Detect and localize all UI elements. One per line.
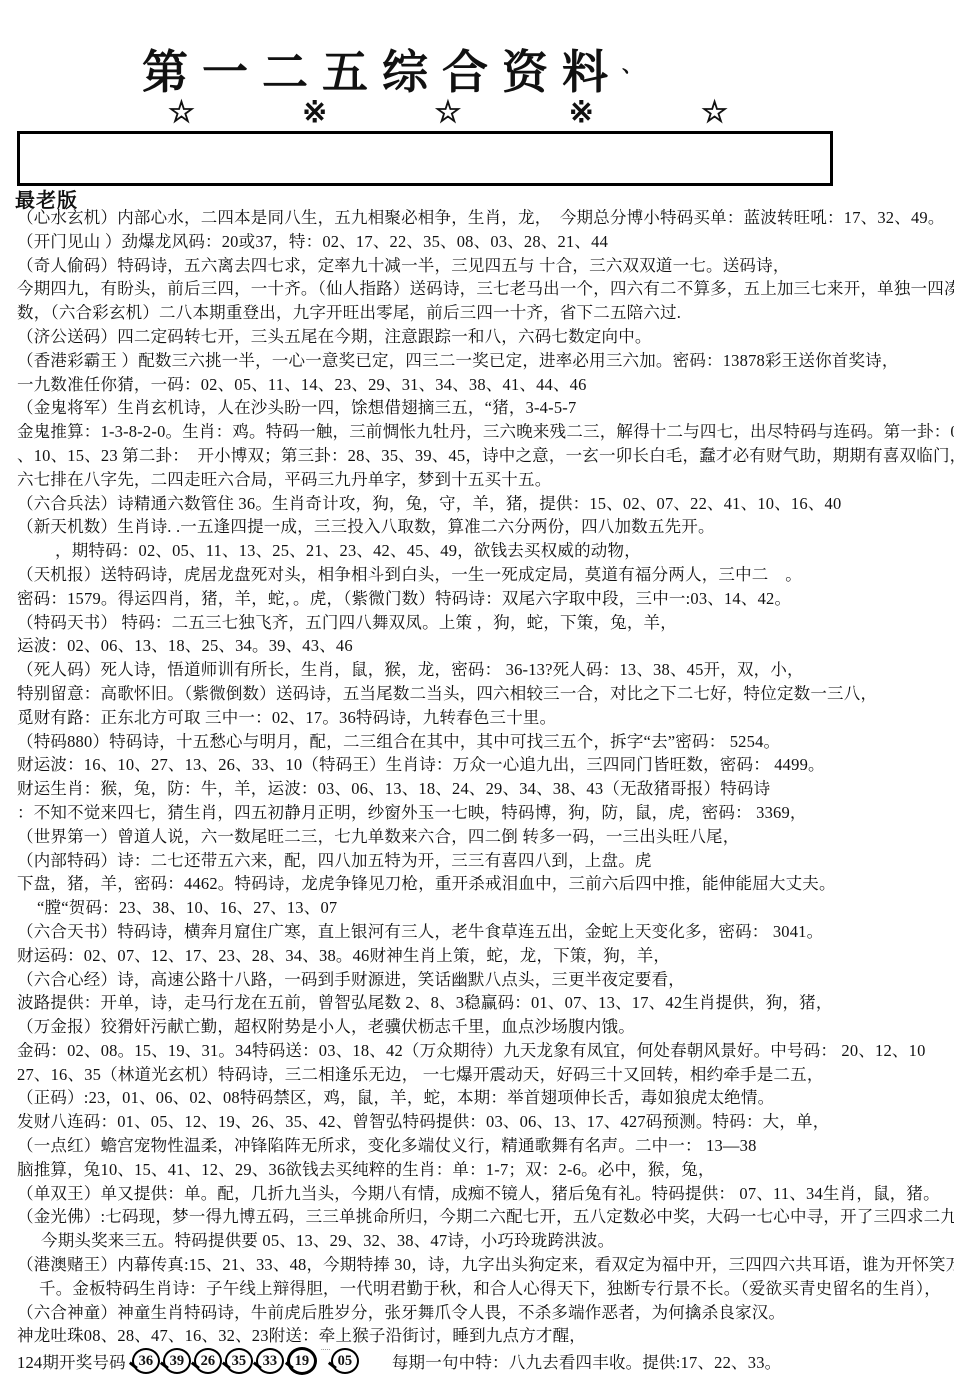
text-line: （济公送码）四二定码转七开，三头五尾在今期，注意跟踪一和八，六码七数定向中。 bbox=[17, 325, 954, 349]
draw-number-circle: 33 bbox=[256, 1348, 284, 1374]
text-line: 金鬼推算：1-3-8-2-0。生肖：鸡。特码一触，三前惆怅九牡丹，三六晚来残二三… bbox=[17, 420, 954, 444]
draw-number-circle: 39 bbox=[163, 1348, 191, 1374]
text-line: 特别留意：高歌怀旧。（紫微倒数）送码诗，五当尾数二当头，四六相较三一合，对比之下… bbox=[17, 682, 954, 706]
text-line: 金码：02、08。15、19、31。34特码送：03、18、42（万众期待）九天… bbox=[17, 1039, 954, 1063]
text-line: 下盘，猪，羊，密码：4462。特码诗，龙虎争锋见刀枪，重开杀戒泪血中，三前六后四… bbox=[17, 872, 954, 896]
text-line: 今期头奖来三五。特码提供要 05、13、29、32、38、47诗，小巧玲珑跨洪波… bbox=[17, 1229, 954, 1253]
star-icon: ☆ bbox=[435, 98, 462, 128]
text-line: （奇人偷码）特码诗，五六离去四七求，定率九十减一半，三见四五与 十合，三六双双道… bbox=[17, 254, 954, 278]
text-line: （新天机数）生肖诗. .一五逢四提一成，三三投入八取数，算准二六分两份，四八加数… bbox=[17, 515, 954, 539]
text-line: 27、16、35（林道光玄机）特码诗，三二相逢乐无边， 一七爆开震动天，好码三十… bbox=[17, 1063, 954, 1087]
text-line: （开门见山 ）劲爆龙风码：20或37，特：02、17、22、35、08、03、2… bbox=[17, 230, 954, 254]
text-line: （港澳赌王）内幕传真:15、21、33、48，今期特捧 30，诗，九字出头狗定来… bbox=[17, 1253, 954, 1277]
text-line: （正码）:23，01、06、02、08特码禁区，鸡，鼠，羊，蛇，本期：举首翅项伸… bbox=[17, 1086, 954, 1110]
title-comma-mark: 、 bbox=[622, 55, 642, 77]
text-line: （特码880）特码诗，十五愁心与明月，配，二三组合在其中，其中可找三五个，拆字“… bbox=[17, 730, 954, 754]
draw-number-circle: 05 bbox=[331, 1348, 359, 1374]
page-title: 第一二五综合资料、 bbox=[142, 36, 642, 102]
text-line: 财运波：16、10、27、13、26、33、10（特码王）生肖诗：万众一心追九出… bbox=[17, 753, 954, 777]
text-line: 脑推算，兔10、15、41、12、29、36欲钱去买纯粹的生肖：单：1-7；双：… bbox=[17, 1158, 954, 1182]
text-line: （六合心经）诗，高速公路十八路，一码到手财源进，笑话幽默八点头，三更半夜定要看， bbox=[17, 968, 954, 992]
text-line: 密码：1579。得运四肖，猪，羊，蛇，。虎，（紫微门数）特码诗：双尾六字取中段，… bbox=[17, 587, 954, 611]
text-line: 数，（六合彩玄机）二八本期重登出，九字开旺出零尾，前后三四一十齐，省下二五陪六过… bbox=[17, 301, 954, 325]
body-text-lines: （心水玄机）内部心水，二四本是同八生，五九相聚必相争，生肖，龙， 今期总分博小特… bbox=[17, 206, 954, 1348]
lottery-tips-sheet: 第一二五综合资料、 ☆ ※ ☆ ※ ☆ 最老版 （心水玄机）内部心水，二四本是同… bbox=[0, 0, 954, 1388]
draw-label: 124期开奖号码 bbox=[17, 1349, 126, 1373]
star-icon: ☆ bbox=[168, 98, 195, 128]
text-line: 一九数准任你猜，一码：02、05、11、14、23、29、31、34、38、41… bbox=[17, 373, 954, 397]
text-line: （六合兵法）诗精通六数管住 36。生肖奇计攻，狗，兔，守，羊，猪，提供：15、0… bbox=[17, 492, 954, 516]
text-line: ：不知不觉来四七，猜生肖，四五初静月正明，纱窗外玉一七映，特码博，狗，防，鼠，虎… bbox=[17, 801, 954, 825]
text-line: ，期特码：02、05、11、13、25、21、23、42、45、49，欲钱去买权… bbox=[17, 539, 954, 563]
text-line: 今期四九，有盼头，前后三四，一十齐。（仙人指路）送码诗，三七老马出一个，四六有二… bbox=[17, 277, 954, 301]
text-line: （内部特码）诗：二七还带五六来，配，四八加五特为开，三三有喜四八到，上盘。虎 bbox=[17, 849, 954, 873]
text-line: （世界第一）曾道人说，六一数尾旺二三，七九单数来六合，四二倒 转多一码，一三出头… bbox=[17, 825, 954, 849]
draw-number-circle: 36 bbox=[132, 1348, 160, 1374]
text-line: （死人码）死人诗，悟道师训有所长，生肖，鼠，猴，龙，密码： 36-13?死人码：… bbox=[17, 658, 954, 682]
draw-result-row: 124期开奖号码 363926353319⁚⁚⁚⁚⁚⁚05 每期一句中特：八九去… bbox=[17, 1347, 781, 1375]
empty-header-box bbox=[17, 131, 833, 186]
decorative-symbols-row: ☆ ※ ☆ ※ ☆ bbox=[168, 98, 728, 128]
text-line: （万金报）狡猾奸污献亡勤，超权附势是小人，老骥伏枥志千里，血点沙场腹内饿。 bbox=[17, 1015, 954, 1039]
footer-tail-text: 每期一句中特：八九去看四丰收。提供:17、22、33。 bbox=[392, 1349, 781, 1373]
text-line: 财运生肖：猴，兔，防：牛，羊，运波：03、06、13、18、24、29、34、3… bbox=[17, 777, 954, 801]
text-line: 神龙吐珠08、28、47、16、32、23附送：牵上猴子沿街讨，睡到九点方才醒， bbox=[17, 1324, 954, 1348]
draw-number-circle: 19 bbox=[287, 1347, 317, 1375]
draw-number-circle: 26 bbox=[194, 1348, 222, 1374]
draw-number-circles: 363926353319⁚⁚⁚⁚⁚⁚05 bbox=[132, 1347, 362, 1375]
text-line: “膛“贺码：23、38、10、16、27、13、07 bbox=[17, 896, 954, 920]
text-line: （心水玄机）内部心水，二四本是同八生，五九相聚必相争，生肖，龙， 今期总分博小特… bbox=[17, 206, 954, 230]
text-line: 运波：02、06、13、18、25、34。39、43、46 bbox=[17, 634, 954, 658]
text-line: 千。金板特码生肖诗：子午线上辩得胆，一代明君勤于秋，和合人心得天下，独断专行景不… bbox=[17, 1277, 954, 1301]
reference-mark-icon: ※ bbox=[569, 98, 594, 128]
reference-mark-icon: ※ bbox=[302, 98, 327, 128]
text-line: （特码天书） 特码：二五三七独飞齐，五门四八舞双凤。上策 ，狗，蛇，下策，兔，羊… bbox=[17, 611, 954, 635]
text-line: （六合天书）特码诗，横奔月窟住广寒，直上银河有三人，老牛食草连五出，金蛇上天变化… bbox=[17, 920, 954, 944]
text-line: 财运码：02、07、12、17、23、28、34、38。46财神生肖上策，蛇，龙… bbox=[17, 944, 954, 968]
text-line: （金鬼将军）生肖玄机诗，人在沙头盼一四，馀想借翅摘三五，“猪，3-4-5-7 bbox=[17, 396, 954, 420]
draw-number-circle: 35 bbox=[225, 1348, 253, 1374]
text-line: 六七排在八字先，二四走旺六合局，平码三九丹单字，梦到十五买十五。 bbox=[17, 468, 954, 492]
text-line: （一点红）蟾宫宠物性温柔，冲锋陷阵无所求，变化多端仗义行，精通歌舞有名声。二中一… bbox=[17, 1134, 954, 1158]
text-line: （单双王）单又提供：单。配，几折九当头，今期八有情，成痴不镜人，猪后兔有礼。特码… bbox=[17, 1182, 954, 1206]
text-line: 波路提供：开单，诗，走马行龙在五前，曾智弘尾数 2、8、3稳赢码：01、07、1… bbox=[17, 991, 954, 1015]
text-line: 觅财有路：正东北方可取 三中一：02、17。36特码诗，九转春色三十里。 bbox=[17, 706, 954, 730]
text-line: （天机报）送特码诗，虎居龙盘死对头，相争相斗到白头，一生一死成定局，莫道有福分两… bbox=[17, 563, 954, 587]
text-line: （香港彩霸王 ）配数三六挑一半，一心一意奖已定，四三二一奖已定，进率必用三六加。… bbox=[17, 349, 954, 373]
text-line: （金光佛）:七码现，梦一得九博五码，三三单挑命所归，今期二六配七开，五八定数必中… bbox=[17, 1205, 954, 1229]
text-line: （六合神童）神童生肖特码诗，牛前虎后胜岁分，张牙舞爪令人畏，不杀多端作恶者，为何… bbox=[17, 1301, 954, 1325]
text-line: 、10、15、23 第二卦： 开小博双；第三卦：28、35、39、45，诗中之意… bbox=[17, 444, 954, 468]
star-icon: ☆ bbox=[701, 98, 728, 128]
text-line: 发财八连码：01、05、12、19、26、35、42、曾智弘特码提供：03、06… bbox=[17, 1110, 954, 1134]
page-title-text: 第一二五综合资料 bbox=[142, 47, 622, 98]
